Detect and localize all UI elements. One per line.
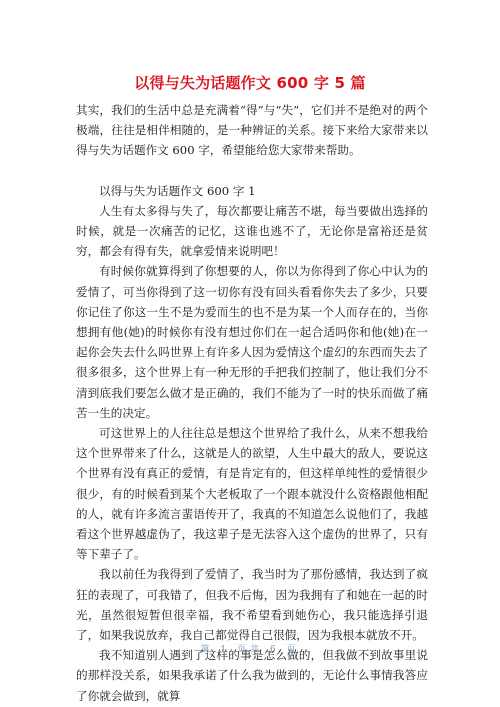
paragraph: 有时候你就算得到了你想要的人，你以为你得到了你心中认为的爱情了，可当你得到了这一…: [76, 261, 428, 423]
paragraph: 人生有太多得与失了，每次都要让痛苦不堪，每当要做出选择的时候，就是一次痛苦的记忆…: [76, 201, 428, 262]
document-page: 以得与失为话题作文 600 字 5 篇 其实，我们的生活中总是充满着“得”与“失…: [0, 0, 500, 707]
page-number-footer: 第 1 页共 6 页: [0, 642, 500, 655]
paragraph: 我以前任为我得到了爱情了，我当时为了那份感情，我达到了疯狂的表现了，可我错了，但…: [76, 564, 428, 645]
section-heading: 以得与失为话题作文 600 字 1: [76, 181, 428, 201]
intro-paragraph: 其实，我们的生活中总是充满着“得”与“失”，它们并不是绝对的两个极端，往往是相伴…: [76, 100, 428, 161]
document-title: 以得与失为话题作文 600 字 5 篇: [0, 72, 500, 93]
document-body: 其实，我们的生活中总是充满着“得”与“失”，它们并不是绝对的两个极端，往往是相伴…: [76, 100, 428, 706]
paragraph: 可这世界上的人往往总是想这个世界给了我什么，从来不想我给这个世界带来了什么，这就…: [76, 423, 428, 564]
spacer: [76, 161, 428, 181]
